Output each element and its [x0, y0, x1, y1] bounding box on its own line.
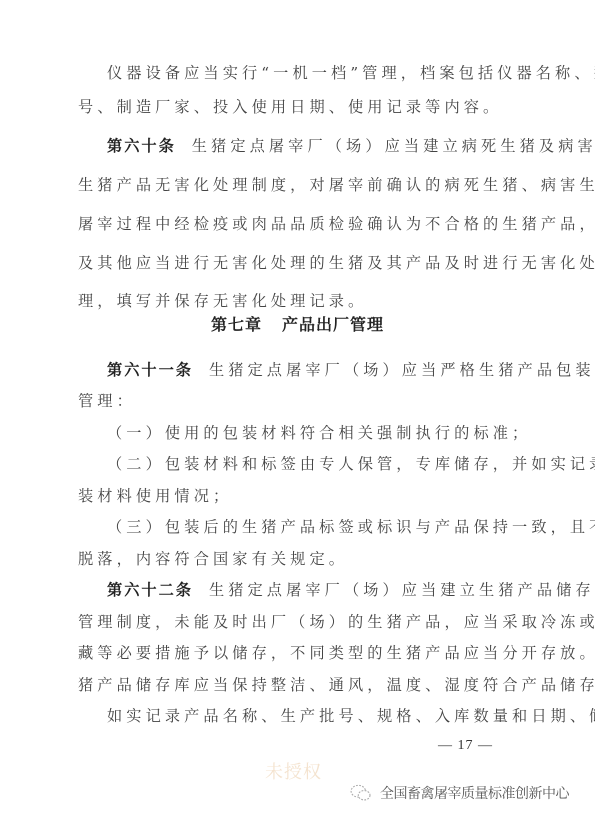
paragraph-line: 生猪产品无害化处理制度，对屠宰前确认的病死生猪、病害生猪、 — [78, 175, 518, 195]
article-60-heading-line: 第六十条生猪定点屠宰厂（场）应当建立病死生猪及病害 — [107, 136, 518, 156]
paragraph-line: 管理： — [78, 391, 518, 411]
paragraph-line: 如实记录产品名称、生产批号、规格、入库数量和日期、储存地 — [107, 706, 518, 726]
paragraph-line: 藏等必要措施予以储存，不同类型的生猪产品应当分开存放。生 — [78, 643, 518, 663]
list-item-1: （一）使用的包装材料符合相关强制执行的标准； — [107, 423, 518, 443]
chapter-number: 第七章 — [211, 315, 262, 334]
paragraph-line: 号、制造厂家、投入使用日期、使用记录等内容。 — [78, 97, 518, 117]
list-item-2: （二）包装材料和标签由专人保管，专库储存，并如实记录包 — [107, 454, 518, 474]
wechat-icon — [350, 784, 372, 802]
paragraph-line: 脱落，内容符合国家有关规定。 — [78, 549, 518, 569]
brand-name: 全国畜禽屠宰质量标准创新中心 — [380, 783, 569, 803]
page-number: — 17 — — [438, 738, 493, 754]
paragraph-line: 理，填写并保存无害化处理记录。 — [78, 291, 518, 311]
document-page: 仪器设备应当实行“一机一档”管理，档案包括仪器名称、型 号、制造厂家、投入使用日… — [0, 0, 595, 816]
paragraph-line: 屠宰过程中经检疫或肉品品质检验确认为不合格的生猪产品，以 — [78, 214, 518, 234]
article-number: 第六十一条 — [107, 361, 193, 379]
footer-brand: 全国畜禽屠宰质量标准创新中心 — [350, 783, 569, 803]
paragraph-line: 仪器设备应当实行“一机一档”管理，档案包括仪器名称、型 — [107, 63, 518, 83]
paragraph-line: 装材料使用情况； — [78, 486, 518, 506]
list-item-3: （三）包装后的生猪产品标签或标识与产品保持一致，且不易 — [107, 517, 518, 537]
watermark: 未授权 — [265, 758, 322, 784]
paragraph-line: 管理制度，未能及时出厂（场）的生猪产品，应当采取冷冻或者冷 — [78, 612, 518, 632]
article-62-heading-line: 第六十二条生猪定点屠宰厂（场）应当建立生猪产品储存 — [107, 580, 518, 600]
paragraph-line: 及其他应当进行无害化处理的生猪及其产品及时进行无害化处 — [78, 253, 518, 273]
article-number: 第六十条 — [107, 137, 176, 155]
chapter-heading: 第七章产品出厂管理 — [0, 312, 595, 335]
article-number: 第六十二条 — [107, 581, 193, 599]
chapter-title: 产品出厂管理 — [282, 315, 384, 334]
article-61-heading-line: 第六十一条生猪定点屠宰厂（场）应当严格生猪产品包装 — [107, 360, 518, 380]
paragraph-line: 猪产品储存库应当保持整洁、通风，温度、湿度符合产品储存要求。 — [78, 675, 518, 695]
